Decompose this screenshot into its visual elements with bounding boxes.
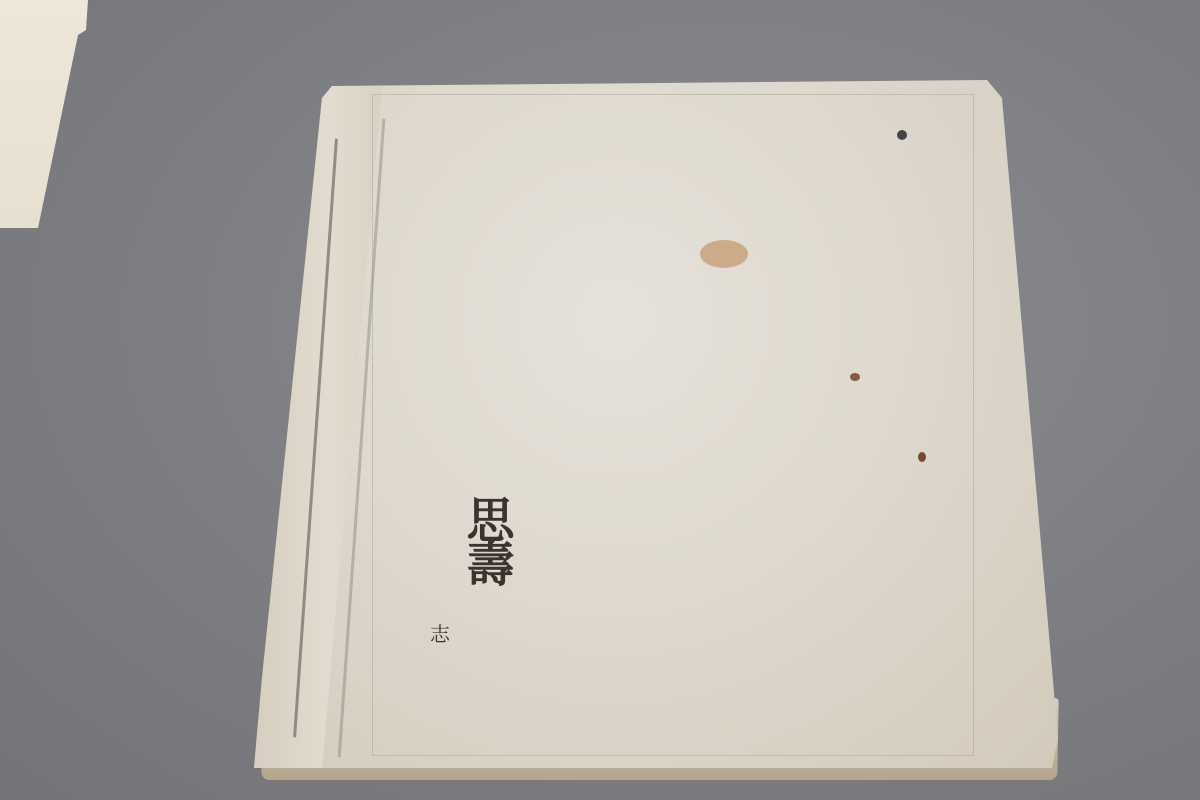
stain — [918, 452, 926, 462]
cover-border — [372, 94, 974, 756]
stain — [700, 240, 748, 268]
stain — [850, 373, 860, 381]
signature-mark: 志 — [430, 618, 450, 647]
stain — [897, 130, 907, 140]
title-calligraphy: 思壽 — [400, 495, 510, 655]
antique-book — [252, 78, 1060, 783]
